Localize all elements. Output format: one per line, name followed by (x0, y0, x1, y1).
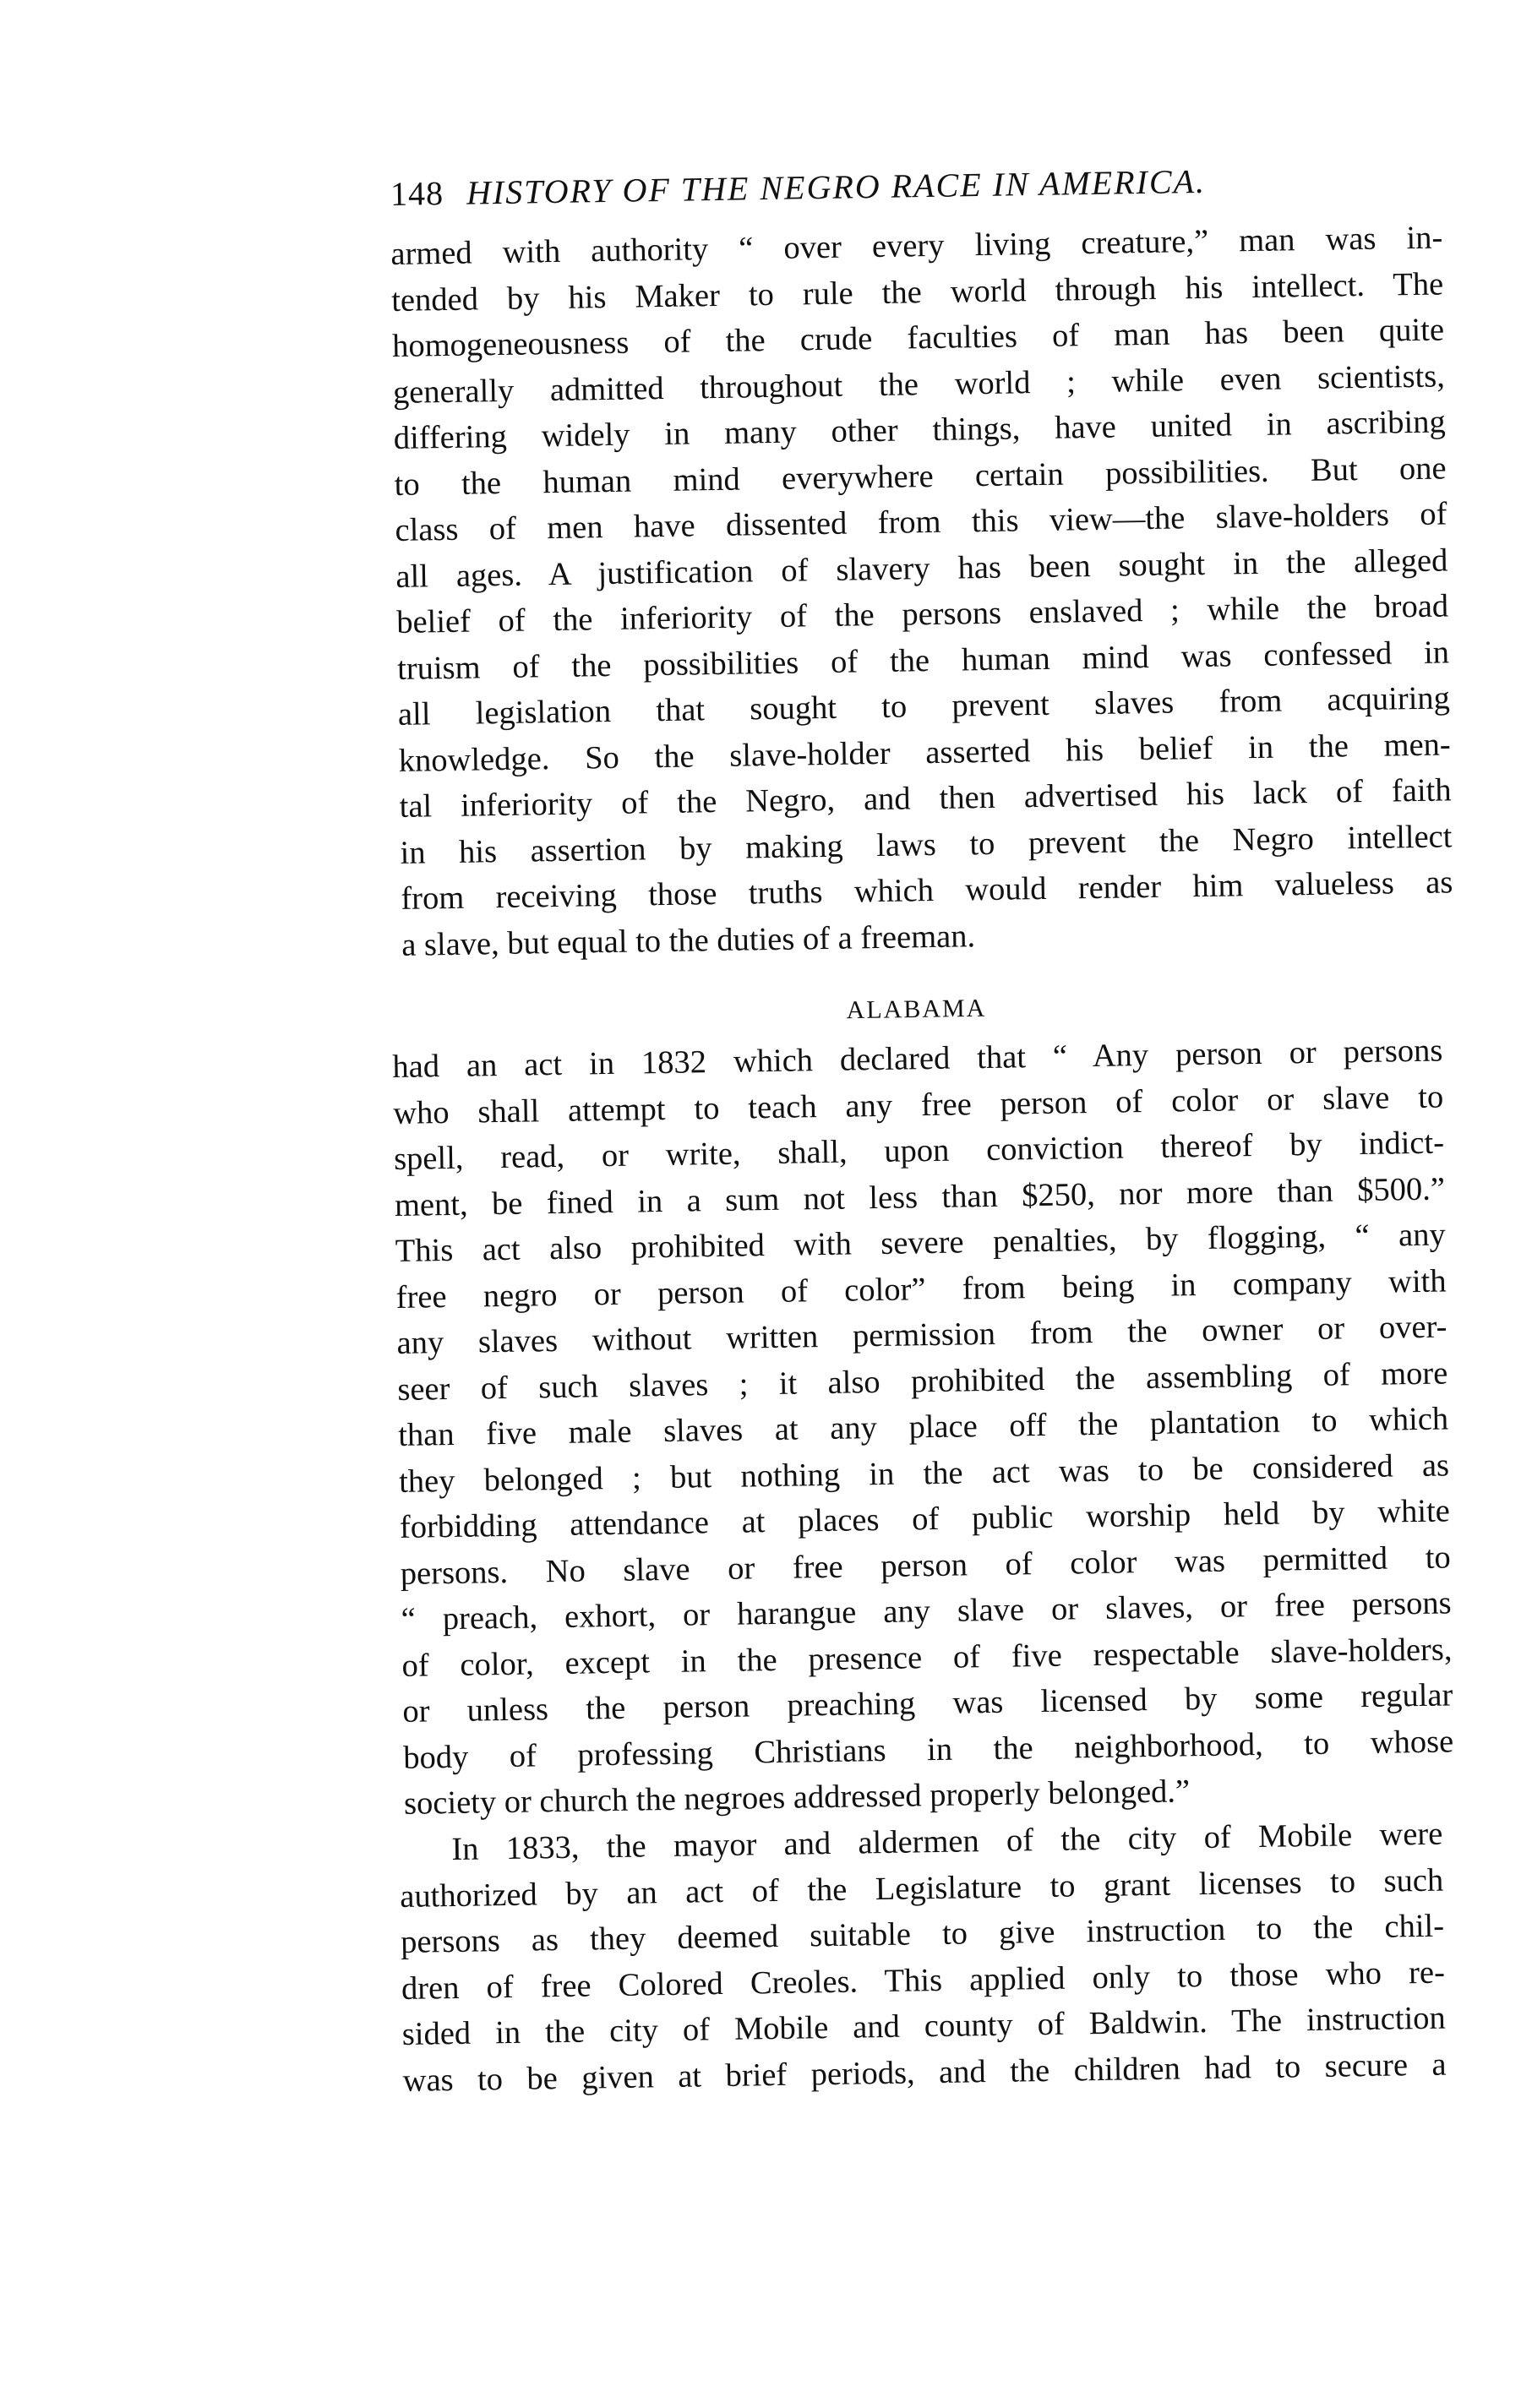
page-number: 148 (390, 174, 444, 213)
paragraph-alabama-act: had an act in 1832 which declared that “… (392, 1027, 1454, 1827)
book-page: 148 HISTORY OF THE NEGRO RACE IN AMERICA… (390, 169, 1442, 2104)
paragraph-mobile-1833: In 1833, the mayor and aldermen of the c… (399, 1811, 1447, 2103)
paragraph-intro: armed with authority “ over every living… (390, 215, 1454, 967)
running-title: HISTORY OF THE NEGRO RACE IN AMERICA. (466, 162, 1207, 212)
running-head: 148 HISTORY OF THE NEGRO RACE IN AMERICA… (390, 152, 1443, 220)
